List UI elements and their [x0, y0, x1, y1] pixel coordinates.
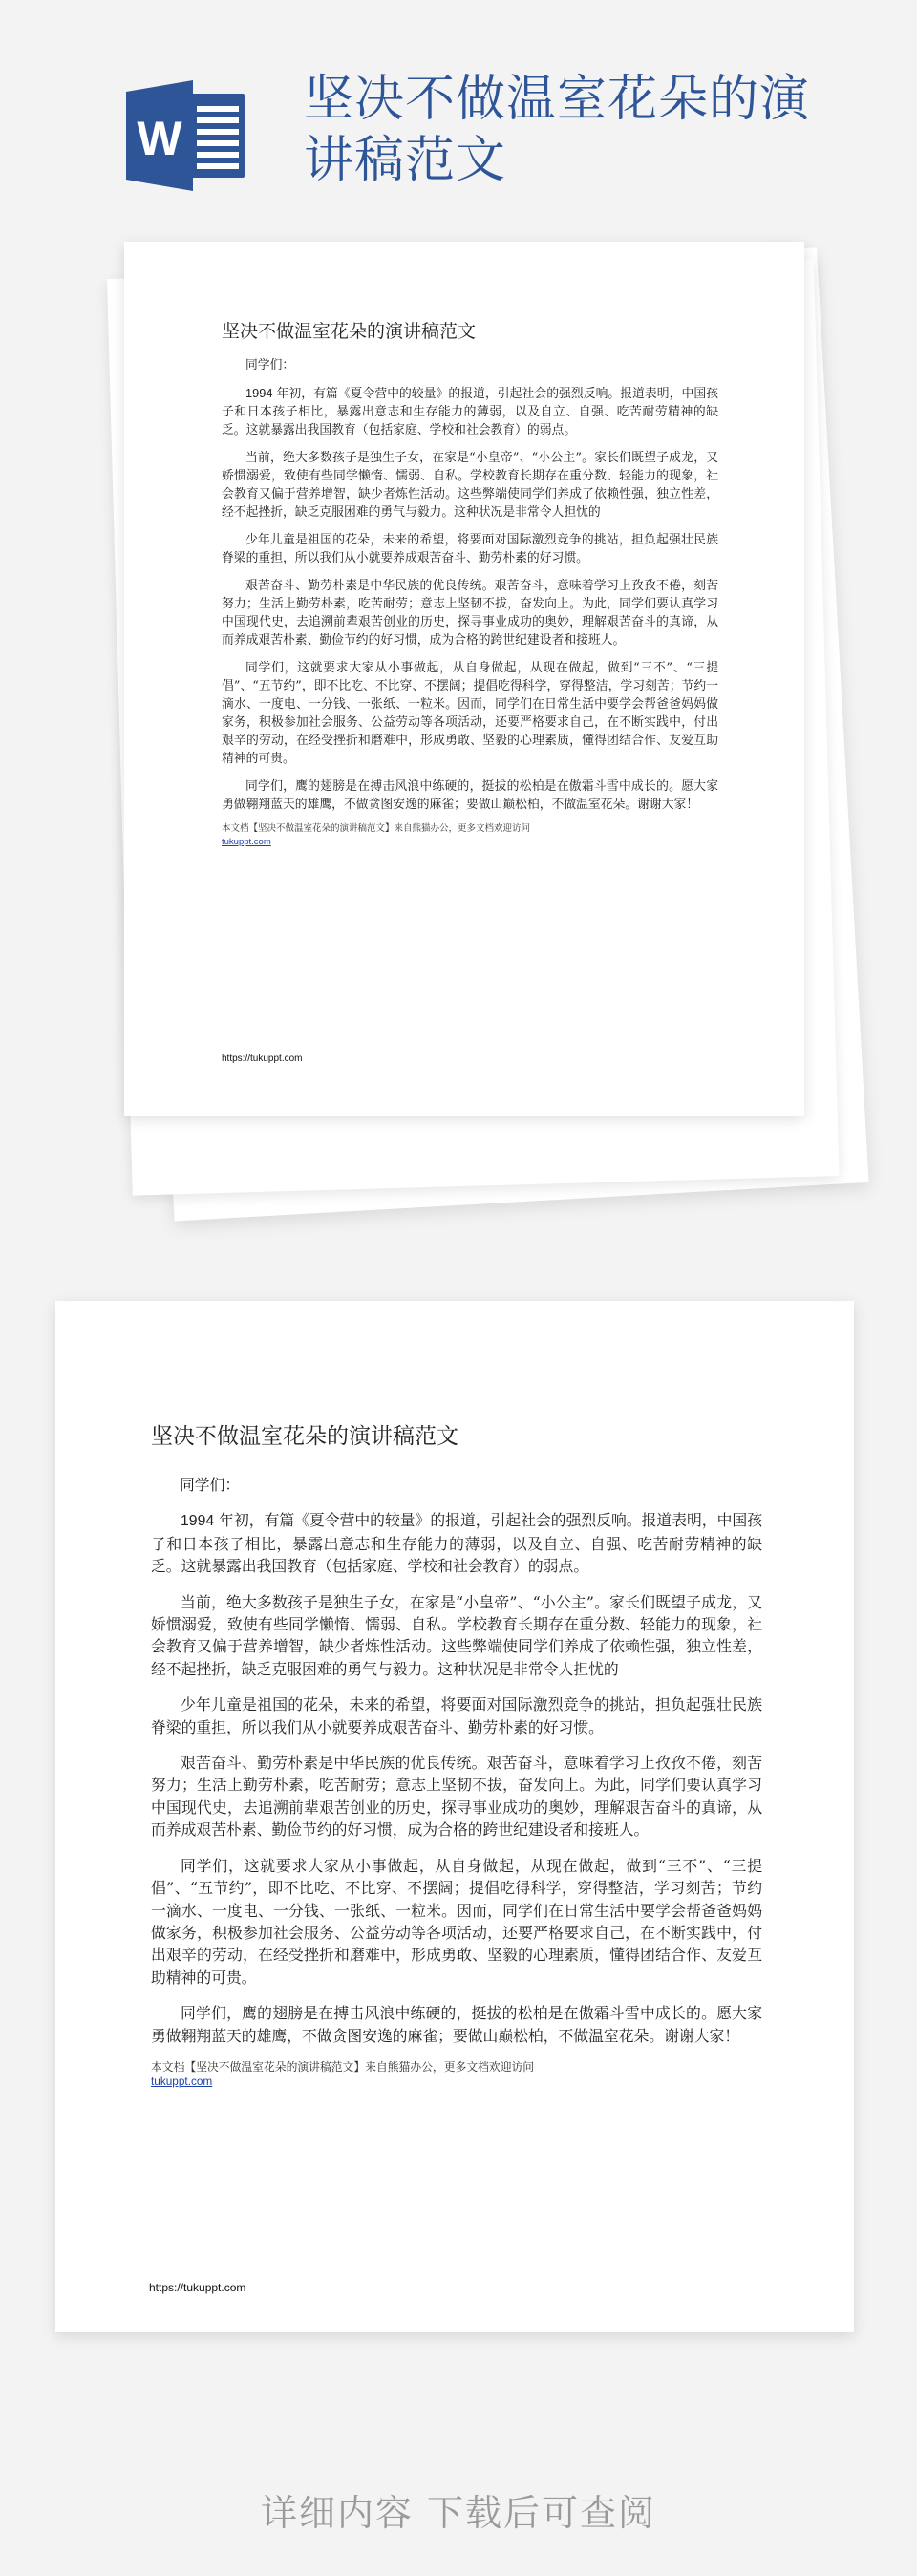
paragraph: 1994 年初，有篇《夏令营中的较量》的报道，引起社会的强烈反响。报道表明，中国… — [222, 384, 718, 439]
page-stack-preview: 坚决不做温室花朵的演讲稿范文 同学们： 1994 年初，有篇《夏令营中的较量》的… — [0, 0, 917, 1242]
paragraph: 1994 年初，有篇《夏令营中的较量》的报道，引起社会的强烈反响。报道表明，中国… — [151, 1509, 762, 1577]
document-body: 坚决不做温室花朵的演讲稿范文 同学们： 1994 年初，有篇《夏令营中的较量》的… — [151, 1420, 762, 2089]
document-body: 坚决不做温室花朵的演讲稿范文 同学们： 1994 年初，有篇《夏令营中的较量》的… — [222, 318, 718, 848]
paragraph: 同学们，鹰的翅膀是在搏击风浪中练硬的，挺拔的松柏是在傲霜斗雪中成长的。愿大家勇做… — [222, 777, 718, 814]
paragraph: 同学们，这就要求大家从小事做起，从自身做起，从现在做起，做到“三不”、“三提倡”… — [151, 1855, 762, 1989]
paragraph: 少年儿童是祖国的花朵，未来的希望，将要面对国际激烈竞争的挑站，担负起强壮民族脊梁… — [151, 1693, 762, 1738]
paragraph: 当前，绝大多数孩子是独生子女，在家是“小皇帝”、“小公主”。家长们既望子成龙，又… — [151, 1591, 762, 1681]
document-title: 坚决不做温室花朵的演讲稿范文 — [151, 1420, 762, 1453]
paragraph: 同学们，这就要求大家从小事做起，从自身做起，从现在做起，做到“三不”、“三提倡”… — [222, 659, 718, 768]
paragraph: 同学们，鹰的翅膀是在搏击风浪中练硬的，挺拔的松柏是在傲霜斗雪中成长的。愿大家勇做… — [151, 2002, 762, 2047]
paragraph: 少年儿童是祖国的花朵，未来的希望，将要面对国际激烈竞争的挑站，担负起强壮民族脊梁… — [222, 531, 718, 567]
document-title: 坚决不做温室花朵的演讲稿范文 — [222, 318, 718, 345]
salutation: 同学们： — [222, 356, 718, 374]
salutation: 同学们： — [151, 1474, 762, 1496]
document-page: 坚决不做温室花朵的演讲稿范文 同学们： 1994 年初，有篇《夏令营中的较量》的… — [55, 1301, 854, 2332]
paragraph: 艰苦奋斗、勤劳朴素是中华民族的优良传统。艰苦奋斗，意味着学习上孜孜不倦，刻苦努力… — [222, 577, 718, 649]
source-link[interactable]: tukuppt.com — [151, 2075, 762, 2089]
download-hint-banner: 详细内容 下载后可查阅 — [0, 2483, 917, 2536]
source-note: 本文档【坚决不做温室花朵的演讲稿范文】来自熊猫办公，更多文档欢迎访问 tukup… — [222, 823, 718, 848]
paragraph: 当前，绝大多数孩子是独生子女，在家是“小皇帝”、“小公主”。家长们既望子成龙，又… — [222, 449, 718, 522]
paragraph: 艰苦奋斗、勤劳朴素是中华民族的优良传统。艰苦奋斗，意味着学习上孜孜不倦，刻苦努力… — [151, 1752, 762, 1842]
source-link[interactable]: tukuppt.com — [222, 836, 718, 848]
page-footer-url: https://tukuppt.com — [222, 1054, 303, 1064]
source-note: 本文档【坚决不做温室花朵的演讲稿范文】来自熊猫办公，更多文档欢迎访问 tukup… — [151, 2060, 762, 2089]
page-footer-url: https://tukuppt.com — [149, 2281, 245, 2294]
document-page-preview: 坚决不做温室花朵的演讲稿范文 同学们： 1994 年初，有篇《夏令营中的较量》的… — [124, 242, 804, 1116]
